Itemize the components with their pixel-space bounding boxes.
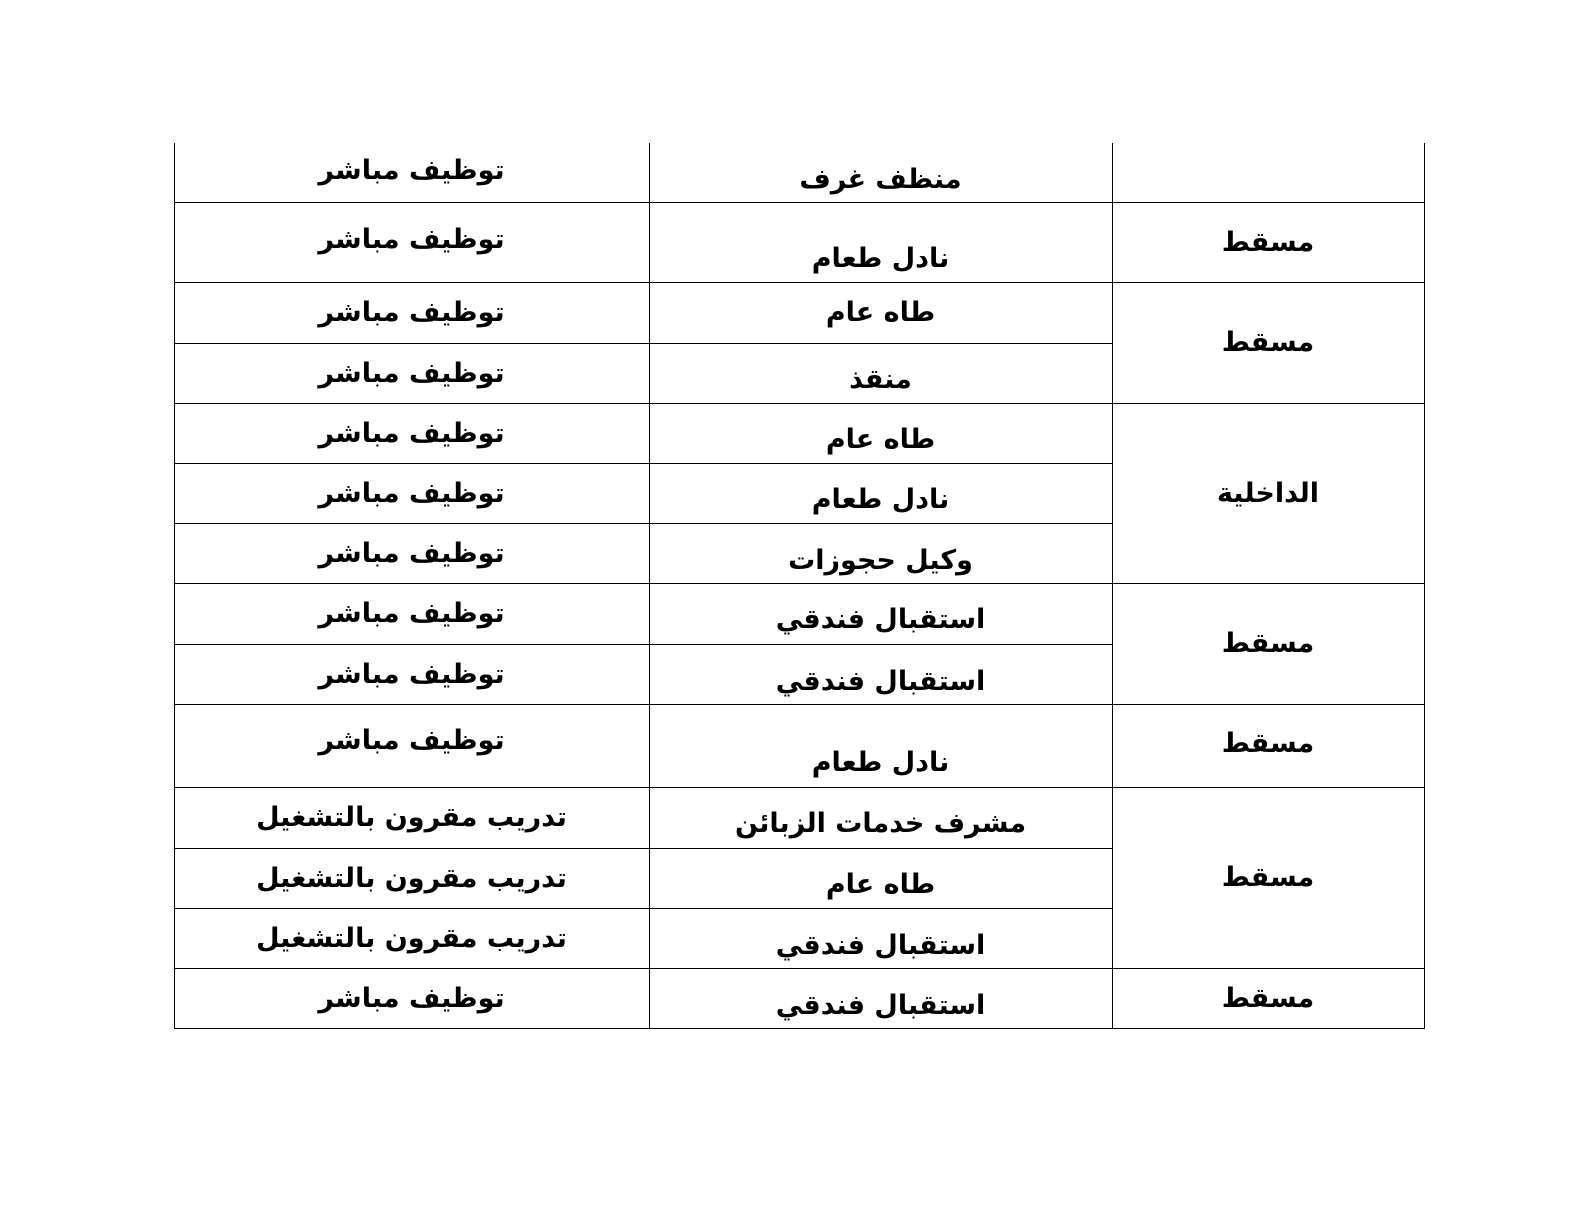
employment-type-cell: توظيف مباشر	[174, 282, 649, 343]
jobs-table: توظيف مباشر منظف غرف توظيف مباشر نادل طع…	[174, 143, 1425, 1029]
job-title-cell: استقبال فندقي	[649, 908, 1112, 968]
employment-type-cell: توظيف مباشر	[174, 583, 649, 644]
job-title-cell: وكيل حجوزات	[649, 523, 1112, 583]
job-title-cell: منظف غرف	[649, 143, 1112, 202]
job-title-cell: استقبال فندقي	[649, 644, 1112, 704]
job-title-cell: منقذ	[649, 343, 1112, 403]
job-title-cell: طاه عام	[649, 403, 1112, 463]
employment-type-cell: توظيف مباشر	[174, 463, 649, 523]
employment-type-cell: توظيف مباشر	[174, 704, 649, 787]
employment-type-cell: توظيف مباشر	[174, 343, 649, 403]
region-cell: مسقط	[1112, 704, 1424, 787]
employment-type-cell: تدريب مقرون بالتشغيل	[174, 787, 649, 848]
job-title-cell: نادل طعام	[649, 704, 1112, 787]
job-title-cell: نادل طعام	[649, 463, 1112, 523]
region-cell: مسقط	[1112, 583, 1424, 704]
employment-type-cell: توظيف مباشر	[174, 403, 649, 463]
table-border-bottom	[174, 1028, 1425, 1029]
region-cell: مسقط	[1112, 202, 1424, 282]
region-cell: مسقط	[1112, 282, 1424, 403]
region-cell: مسقط	[1112, 968, 1424, 1028]
job-title-cell: نادل طعام	[649, 202, 1112, 282]
employment-type-cell: تدريب مقرون بالتشغيل	[174, 848, 649, 908]
job-title-cell: طاه عام	[649, 282, 1112, 343]
job-title-cell: استقبال فندقي	[649, 968, 1112, 1028]
job-title-cell: استقبال فندقي	[649, 583, 1112, 644]
employment-type-cell: توظيف مباشر	[174, 968, 649, 1028]
employment-type-cell: توظيف مباشر	[174, 202, 649, 282]
job-title-cell: طاه عام	[649, 848, 1112, 908]
region-cell: مسقط	[1112, 787, 1424, 968]
employment-type-cell: تدريب مقرون بالتشغيل	[174, 908, 649, 968]
employment-type-cell: توظيف مباشر	[174, 644, 649, 704]
table-border-right	[1424, 143, 1425, 1029]
region-cell	[1112, 143, 1424, 202]
job-title-cell: مشرف خدمات الزبائن	[649, 787, 1112, 848]
region-cell: الداخلية	[1112, 403, 1424, 583]
employment-type-cell: توظيف مباشر	[174, 523, 649, 583]
employment-type-cell: توظيف مباشر	[174, 143, 649, 202]
